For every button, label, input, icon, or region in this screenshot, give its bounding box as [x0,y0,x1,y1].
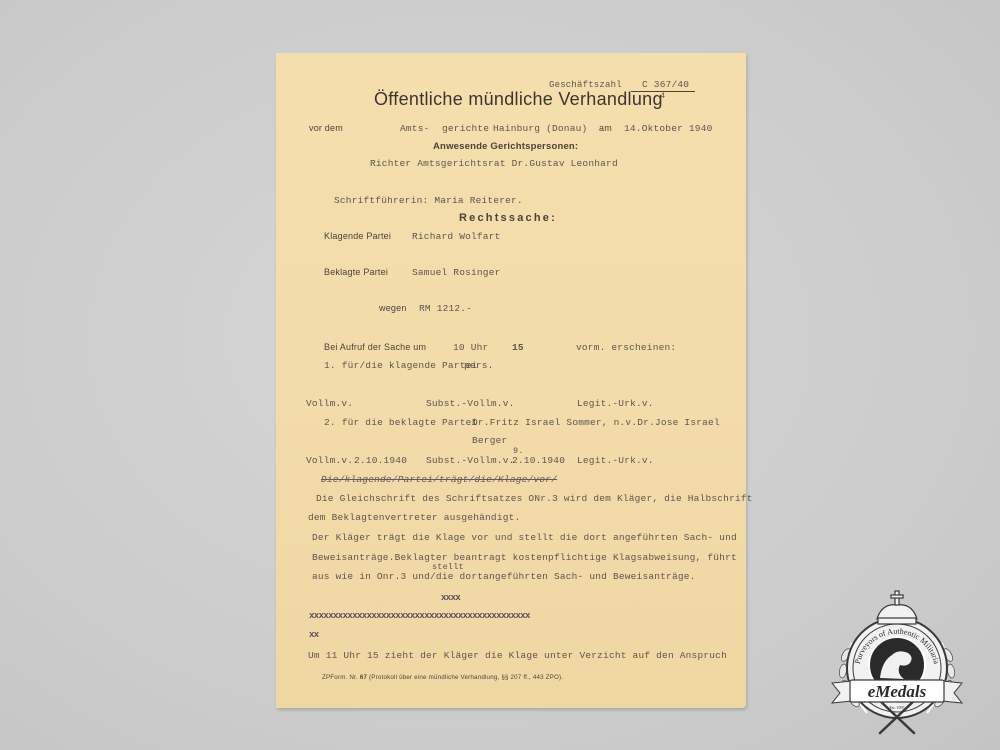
body-line-5: aus wie in Onr.3 und/die dortangeführten… [312,571,696,582]
form-footer: ZPForm. Nr. 67 (Protokoll über eine münd… [322,674,563,681]
court-protocol-document: Geschäftszahl C 367/40 4 Öffentliche mün… [276,53,746,708]
regarding-value: RM 1212.- [419,303,472,314]
item1-value: pers. [464,360,494,371]
body-line-1: Die Gleichschrift des Schriftsatzes ONr.… [316,493,753,504]
call-suffix: vorm. erscheinen: [576,342,676,353]
document-title: Öffentliche mündliche Verhandlung [374,89,663,110]
form-desc: (Protokoll über eine mündliche Verhandlu… [369,674,563,681]
court-type: Amts- [400,123,430,134]
xed-line: xxxxxxxxxxxxxxxxxxxxxxxxxxxxxxxxxxxxxxxx… [309,611,530,621]
hearing-date: 14.Oktober 1940 [624,123,713,134]
item2-value: Dr.Fritz Israel Sommer, n.v.Dr.Jose Isra… [472,417,720,428]
date-prefix: am [599,123,612,133]
plaintiff-label: Klagende Partei [324,231,391,241]
established: Est. 1997 [889,705,904,710]
auth1-subst: Subst.-Vollm.v. [426,398,515,409]
auth2-vollm-date: 2.10.1940 [354,455,407,466]
plaintiff-name: Richard Wolfart [412,231,501,242]
item2-label: 2. für die beklagte Partei [324,417,477,428]
brand-name: eMedals [868,682,927,701]
body-line-4: Beweisanträge.Beklagter beantragt kosten… [312,552,737,563]
last-line: Um 11 Uhr 15 zieht der Kläger die Klage … [308,650,727,661]
clerk-line: Schriftführerin: Maria Reiterer. [334,195,523,206]
auth2-legit: Legit.-Urk.v. [577,455,654,466]
auth2-subst: Subst.-Vollm.v. [426,455,515,466]
call-hour: 10 Uhr [453,342,488,353]
judge-line: Richter Amtsgerichtsrat Dr.Gustav Leonha… [370,158,618,169]
auth2-vollm: Vollm.v. [306,455,353,466]
legal-matter-heading: Rechtssache: [459,212,557,224]
xed-tiny: xx [309,630,319,640]
body-line-3: Der Kläger trägt die Klage vor und stell… [312,532,737,543]
item1-label: 1. für/die klagende Partei [324,360,477,371]
auth2-subst-date: 2.10.1940 [512,455,565,466]
regarding-label: wegen [379,303,407,313]
form-number: 67 [360,674,367,681]
court-prefix: vor dem [309,123,343,133]
struck-out-line: Die/klagende/Partei/trägt/die/Klage/vor/ [321,474,557,485]
defendant-name: Samuel Rosinger [412,267,501,278]
auth1-legit: Legit.-Urk.v. [577,398,654,409]
court-suffix: gerichte [442,123,489,134]
xed-short: xxxx [441,593,460,603]
court-location: Hainburg (Donau) [493,123,587,134]
item2-value-cont: Berger [472,435,507,446]
defendant-label: Beklagte Partei [324,267,388,277]
form-prefix: ZPForm. Nr. [322,674,358,681]
call-minute: 15 [512,342,524,353]
body-line-2: dem Beklagtenvertreter ausgehändigt. [308,512,520,523]
auth1-vollm: Vollm.v. [306,398,353,409]
emedals-watermark-logo: Purveyors of Authentic Militaria eMedals… [822,583,972,743]
emedals-seal-icon: Purveyors of Authentic Militaria eMedals… [822,583,972,743]
present-heading: Anwesende Gerichtspersonen: [433,141,578,152]
call-prefix: Bei Aufruf der Sache um [324,342,426,352]
